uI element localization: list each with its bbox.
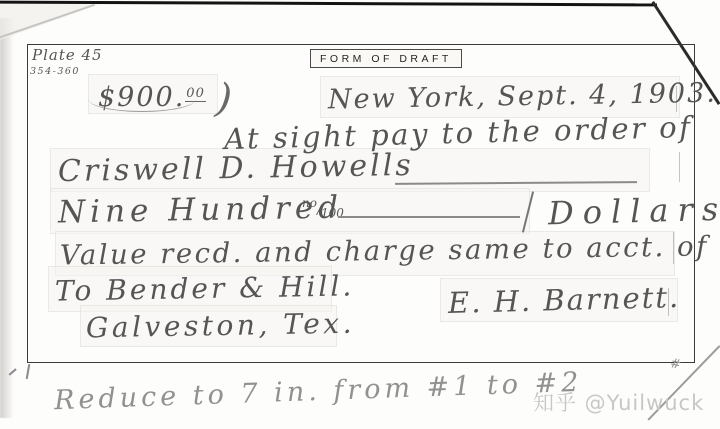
amount-closing-paren: ) xyxy=(214,78,236,120)
payee-name: Criswell D. Howells xyxy=(58,151,414,187)
signature: E. H. Barnett. xyxy=(448,283,681,318)
strip-edge-mark xyxy=(679,152,680,182)
fraction-numerator: no xyxy=(302,196,317,210)
strip-edge-mark xyxy=(676,86,677,112)
place-and-date-line: New York, Sept. 4, 1903. xyxy=(328,80,717,114)
pencil-reduction-note: Reduce to 7 in. from #1 to #2 xyxy=(54,369,583,414)
scanned-draft-document: Plate 45 354-360 FORM OF DRAFT $900.00) … xyxy=(0,0,720,429)
strip-edge-mark xyxy=(668,288,669,316)
pencil-corner-mark: # xyxy=(669,357,682,372)
drawee-city-line: Galveston, Tex. xyxy=(86,310,355,343)
scan-top-edge-line xyxy=(0,1,657,7)
form-of-draft-label: FORM OF DRAFT xyxy=(310,49,462,68)
plate-number-range: 354-360 xyxy=(30,67,80,77)
amount-in-words: Nine Hundred xyxy=(58,193,344,229)
zhihu-watermark: 知乎 @Yuilwuck xyxy=(533,387,704,417)
fraction-denominator: 100 xyxy=(321,206,344,220)
strip-edge-mark xyxy=(673,232,674,264)
dollars-word: Dollars xyxy=(548,193,720,230)
amount-fill-line xyxy=(338,216,520,218)
pencil-tick-mark xyxy=(26,364,30,379)
drawee-line: To Bender & Hill. xyxy=(55,272,355,305)
paper-left-edge-shadow xyxy=(0,18,14,418)
plate-label: Plate 45 xyxy=(32,48,103,63)
paper-fold-shadow xyxy=(0,4,100,40)
